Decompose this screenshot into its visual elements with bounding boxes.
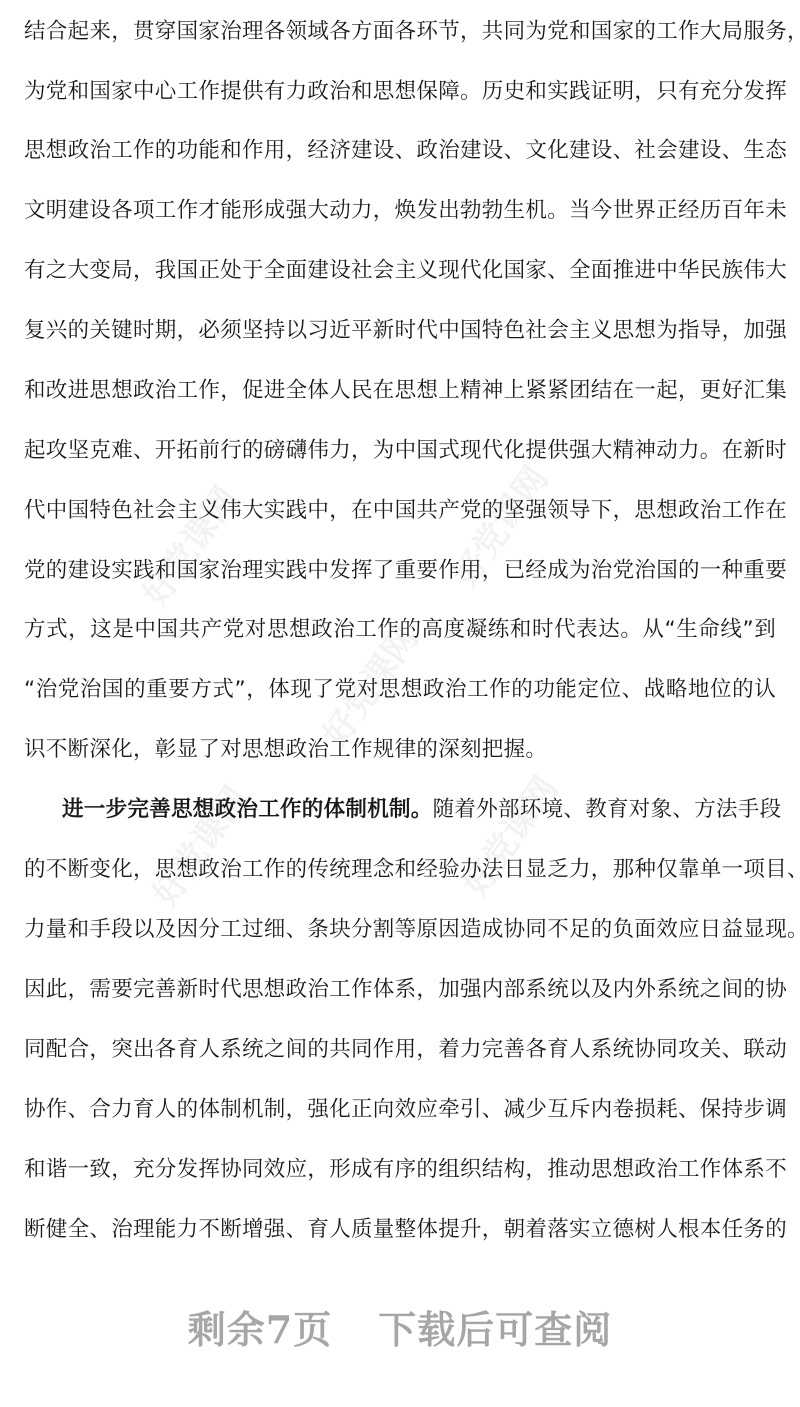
text-line: “治党治国的重要方式”，体现了党对思想政治工作的功能定位、战略地位的认	[24, 672, 776, 708]
text-line: 协作、合力育人的体制机制，强化正向效应牵引、减少互斥内卷损耗、保持步调	[24, 1092, 776, 1128]
text-line: 文明建设各项工作才能形成强大动力，焕发出勃勃生机。当今世界正经历百年未	[24, 193, 776, 229]
text-line: 结合起来，贯穿国家治理各领域各方面各环节，共同为党和国家的工作大局服务，	[24, 14, 776, 50]
text-line: 党的建设实践和国家治理实践中发挥了重要作用，已经成为治党治国的一种重要	[24, 553, 776, 589]
download-prompt[interactable]: 剩余7页下载后可查阅	[0, 1300, 800, 1360]
text-line: 的不断变化，思想政治工作的传统理念和经验办法日显乏力，那种仅靠单一项目、	[24, 852, 776, 888]
text-line: 有之大变局，我国正处于全面建设社会主义现代化国家、全面推进中华民族伟大	[24, 253, 776, 289]
download-hint-label: 下载后可查阅	[378, 1307, 612, 1352]
document-page: 好党课网 好党课网 好党课网 好党课网 好党课网 结合起来，贯穿国家治理各领域各…	[0, 0, 800, 1407]
text-line: 同配合，突出各育人系统之间的共同作用，着力完善各育人系统协同攻关、联动	[24, 1032, 776, 1068]
text-line: 复兴的关键时期，必须坚持以习近平新时代中国特色社会主义思想为指导，加强	[24, 313, 776, 349]
text-line: 方式，这是中国共产党对思想政治工作的高度凝练和时代表达。从“生命线”到	[24, 612, 776, 648]
text-line: 为党和国家中心工作提供有力政治和思想保障。历史和实践证明，只有充分发挥	[24, 74, 776, 110]
text-line: 起攻坚克难、开拓前行的磅礴伟力，为中国式现代化提供强大精神动力。在新时	[24, 433, 776, 469]
text-line: 断健全、治理能力不断增强、育人质量整体提升，朝着落实立德树人根本任务的	[24, 1212, 776, 1248]
remaining-pages-label: 剩余7页	[188, 1307, 332, 1352]
text-line: 识不断深化，彰显了对思想政治工作规律的深刻把握。	[24, 732, 776, 768]
text-line: 代中国特色社会主义伟大实践中，在中国共产党的坚强领导下，思想政治工作在	[24, 493, 776, 529]
text-line: 和改进思想政治工作，促进全体人民在思想上精神上紧紧团结在一起，更好汇集	[24, 373, 776, 409]
text-line: 思想政治工作的功能和作用，经济建设、政治建设、文化建设、社会建设、生态	[24, 133, 776, 169]
text-line: 力量和手段以及因分工过细、条块分割等原因造成协同不足的负面效应日益显现。	[24, 912, 776, 948]
text-line: 和谐一致，充分发挥协同效应，形成有序的组织结构，推动思想政治工作体系不	[24, 1152, 776, 1188]
paragraph-lead-heading: 进一步完善思想政治工作的体制机制。	[62, 797, 433, 822]
text-line: 进一步完善思想政治工作的体制机制。随着外部环境、教育对象、方法手段	[62, 792, 776, 828]
text-line: 因此，需要完善新时代思想政治工作体系，加强内部系统以及内外系统之间的协	[24, 972, 776, 1008]
text-span: 随着外部环境、教育对象、方法手段	[433, 797, 782, 822]
